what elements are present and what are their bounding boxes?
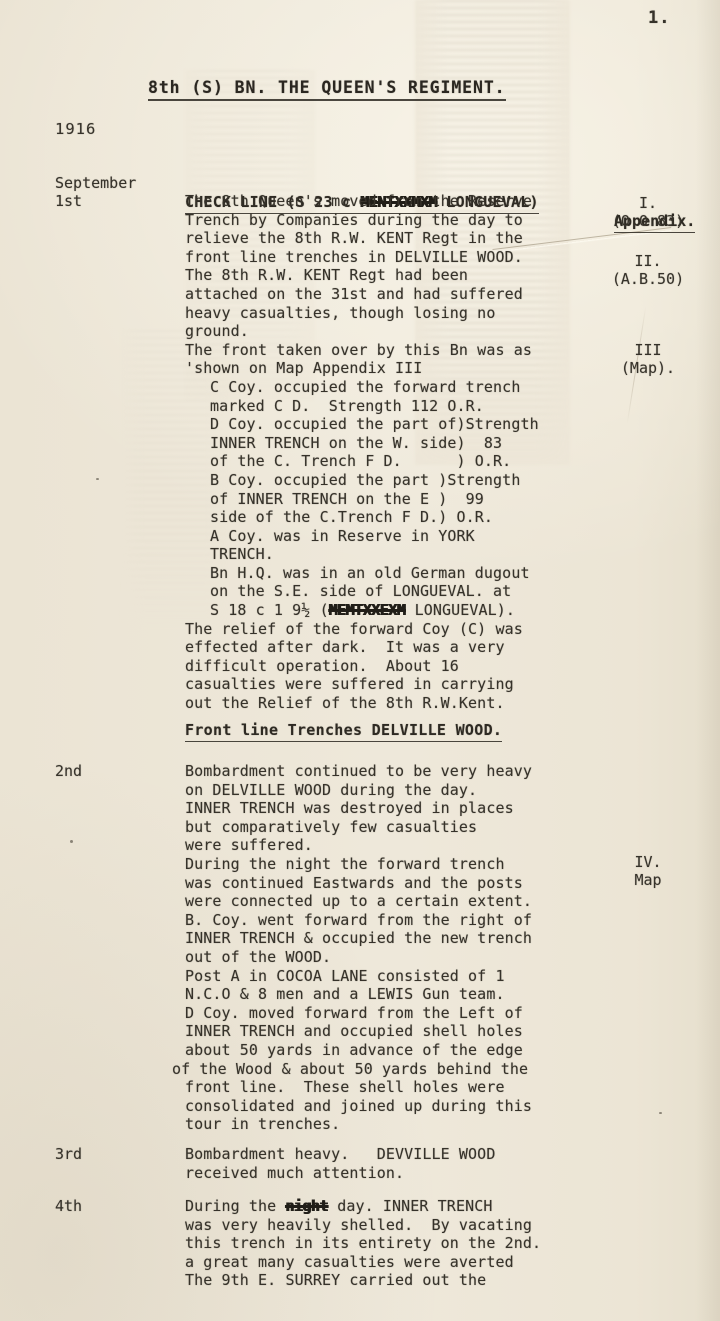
diary-line: B. Coy. went forward from the right of: [185, 911, 705, 930]
diary-line: Bombardment continued to be very heavy: [185, 762, 705, 781]
entry-date: 2nd: [55, 762, 82, 780]
diary-entry-3rd: 3rdBombardment heavy. DEVVILLE WOODrecei…: [55, 1145, 705, 1182]
entry-date: 4th: [55, 1197, 82, 1215]
diary-line: D Coy. occupied the part of)Strength: [210, 415, 705, 434]
appendix-note: II.: [598, 252, 698, 270]
diary-line: casualties were suffered in carrying: [185, 675, 705, 694]
diary-line: INNER TRENCH & occupied the new trench: [185, 929, 705, 948]
diary-entry-4th: 4thDuring the night day. INNER TRENCHwas…: [55, 1197, 705, 1290]
diary-line: marked C D. Strength 112 O.R.: [210, 397, 705, 416]
diary-entry-2nd: 2ndBombardment continued to be very heav…: [55, 762, 705, 1134]
diary-line: C Coy. occupied the forward trench: [210, 378, 705, 397]
diary-line: received much attention.: [185, 1164, 705, 1183]
diary-line: out of the WOOD.: [185, 948, 705, 967]
entry-body: Bombardment continued to be very heavyon…: [185, 762, 705, 1134]
struck-out-text: night: [285, 1197, 328, 1215]
month-label: September: [55, 174, 136, 192]
appendix-note: (Map).: [598, 359, 698, 377]
line-text: S 18 c 1 9½ (: [210, 601, 329, 619]
subsection-heading: Front line Trenches DELVILLE WOOD.: [185, 721, 502, 742]
diary-line: INNER TRENCH on the W. side) 83: [210, 434, 705, 453]
entry-body: Bombardment heavy. DEVVILLE WOODreceived…: [185, 1145, 705, 1182]
diary-line: out the Relief of the 8th R.W.Kent.: [185, 694, 705, 713]
diary-line: of INNER TRENCH on the E ) 99: [210, 490, 705, 509]
page-title: 8th (S) BN. THE QUEEN'S REGIMENT.: [148, 78, 506, 101]
diary-line: this trench in its entirety on the 2nd.: [185, 1234, 705, 1253]
diary-line: front line. These shell holes were: [185, 1078, 705, 1097]
appendix-note: (A.B.50): [598, 270, 698, 288]
appendix-note: I.: [598, 194, 698, 212]
diary-line: Post A in COCOA LANE consisted of 1: [185, 967, 705, 986]
appendix-note: (O.O.83): [598, 212, 698, 230]
entry-date: 1st: [55, 192, 82, 210]
diary-line: Bombardment heavy. DEVVILLE WOOD: [185, 1145, 705, 1164]
diary-line: tour in trenches.: [185, 1115, 705, 1134]
diary-line: A Coy. was in Reserve in YORK: [210, 527, 705, 546]
diary-line: difficult operation. About 16: [185, 657, 705, 676]
diary-line: relieve the 8th R.W. KENT Regt in the: [185, 229, 705, 248]
diary-line: INNER TRENCH and occupied shell holes: [185, 1022, 705, 1041]
diary-line: on DELVILLE WOOD during the day.: [185, 781, 705, 800]
diary-line: D Coy. moved forward from the Left of: [185, 1004, 705, 1023]
line-text: day. INNER TRENCH: [328, 1197, 492, 1215]
appendix-note: IV.: [598, 853, 698, 871]
diary-line: During the night day. INNER TRENCH: [185, 1197, 705, 1216]
diary-line: about 50 yards in advance of the edge: [185, 1041, 705, 1060]
diary-line: of the C. Trench F D. ) O.R.: [210, 452, 705, 471]
diary-line: but comparatively few casualties: [185, 818, 705, 837]
diary-line: on the S.E. side of LONGUEVAL. at: [210, 582, 705, 601]
entry-date: 3rd: [55, 1145, 82, 1163]
diary-line: TRENCH.: [210, 545, 705, 564]
page-number: 1.: [648, 8, 670, 28]
struck-out-text: MEMTXXEXM: [329, 601, 406, 619]
diary-line: S 18 c 1 9½ (MEMTXXEXM LONGUEVAL).: [210, 601, 705, 620]
appendix-note: Map: [598, 871, 698, 889]
diary-line: a great many casualties were averted: [185, 1253, 705, 1272]
diary-line: was very heavily shelled. By vacating: [185, 1216, 705, 1235]
diary-line: ground.: [185, 322, 705, 341]
diary-line: side of the C.Trench F D.) O.R.: [210, 508, 705, 527]
diary-line: effected after dark. It was a very: [185, 638, 705, 657]
diary-line: were connected up to a certain extent.: [185, 892, 705, 911]
line-text: LONGUEVAL).: [405, 601, 515, 619]
diary-line: The relief of the forward Coy (C) was: [185, 620, 705, 639]
war-diary-page: 1. 8th (S) BN. THE QUEEN'S REGIMENT. 191…: [0, 0, 720, 1321]
diary-line: N.C.O & 8 men and a LEWIS Gun team.: [185, 985, 705, 1004]
diary-line: consolidated and joined up during this: [185, 1097, 705, 1116]
diary-line: The 9th E. SURREY carried out the: [185, 1271, 705, 1290]
entry-body: During the night day. INNER TRENCHwas ve…: [185, 1197, 705, 1290]
diary-line: B Coy. occupied the part )Strength: [210, 471, 705, 490]
year-label: 1916: [55, 120, 96, 138]
diary-line: Bn H.Q. was in an old German dugout: [210, 564, 705, 583]
diary-line: of the Wood & about 50 yards behind the: [172, 1060, 705, 1079]
diary-line: INNER TRENCH was destroyed in places: [185, 799, 705, 818]
line-text: During the: [185, 1197, 285, 1215]
diary-line: heavy casualties, though losing no: [185, 304, 705, 323]
appendix-note: III: [598, 341, 698, 359]
